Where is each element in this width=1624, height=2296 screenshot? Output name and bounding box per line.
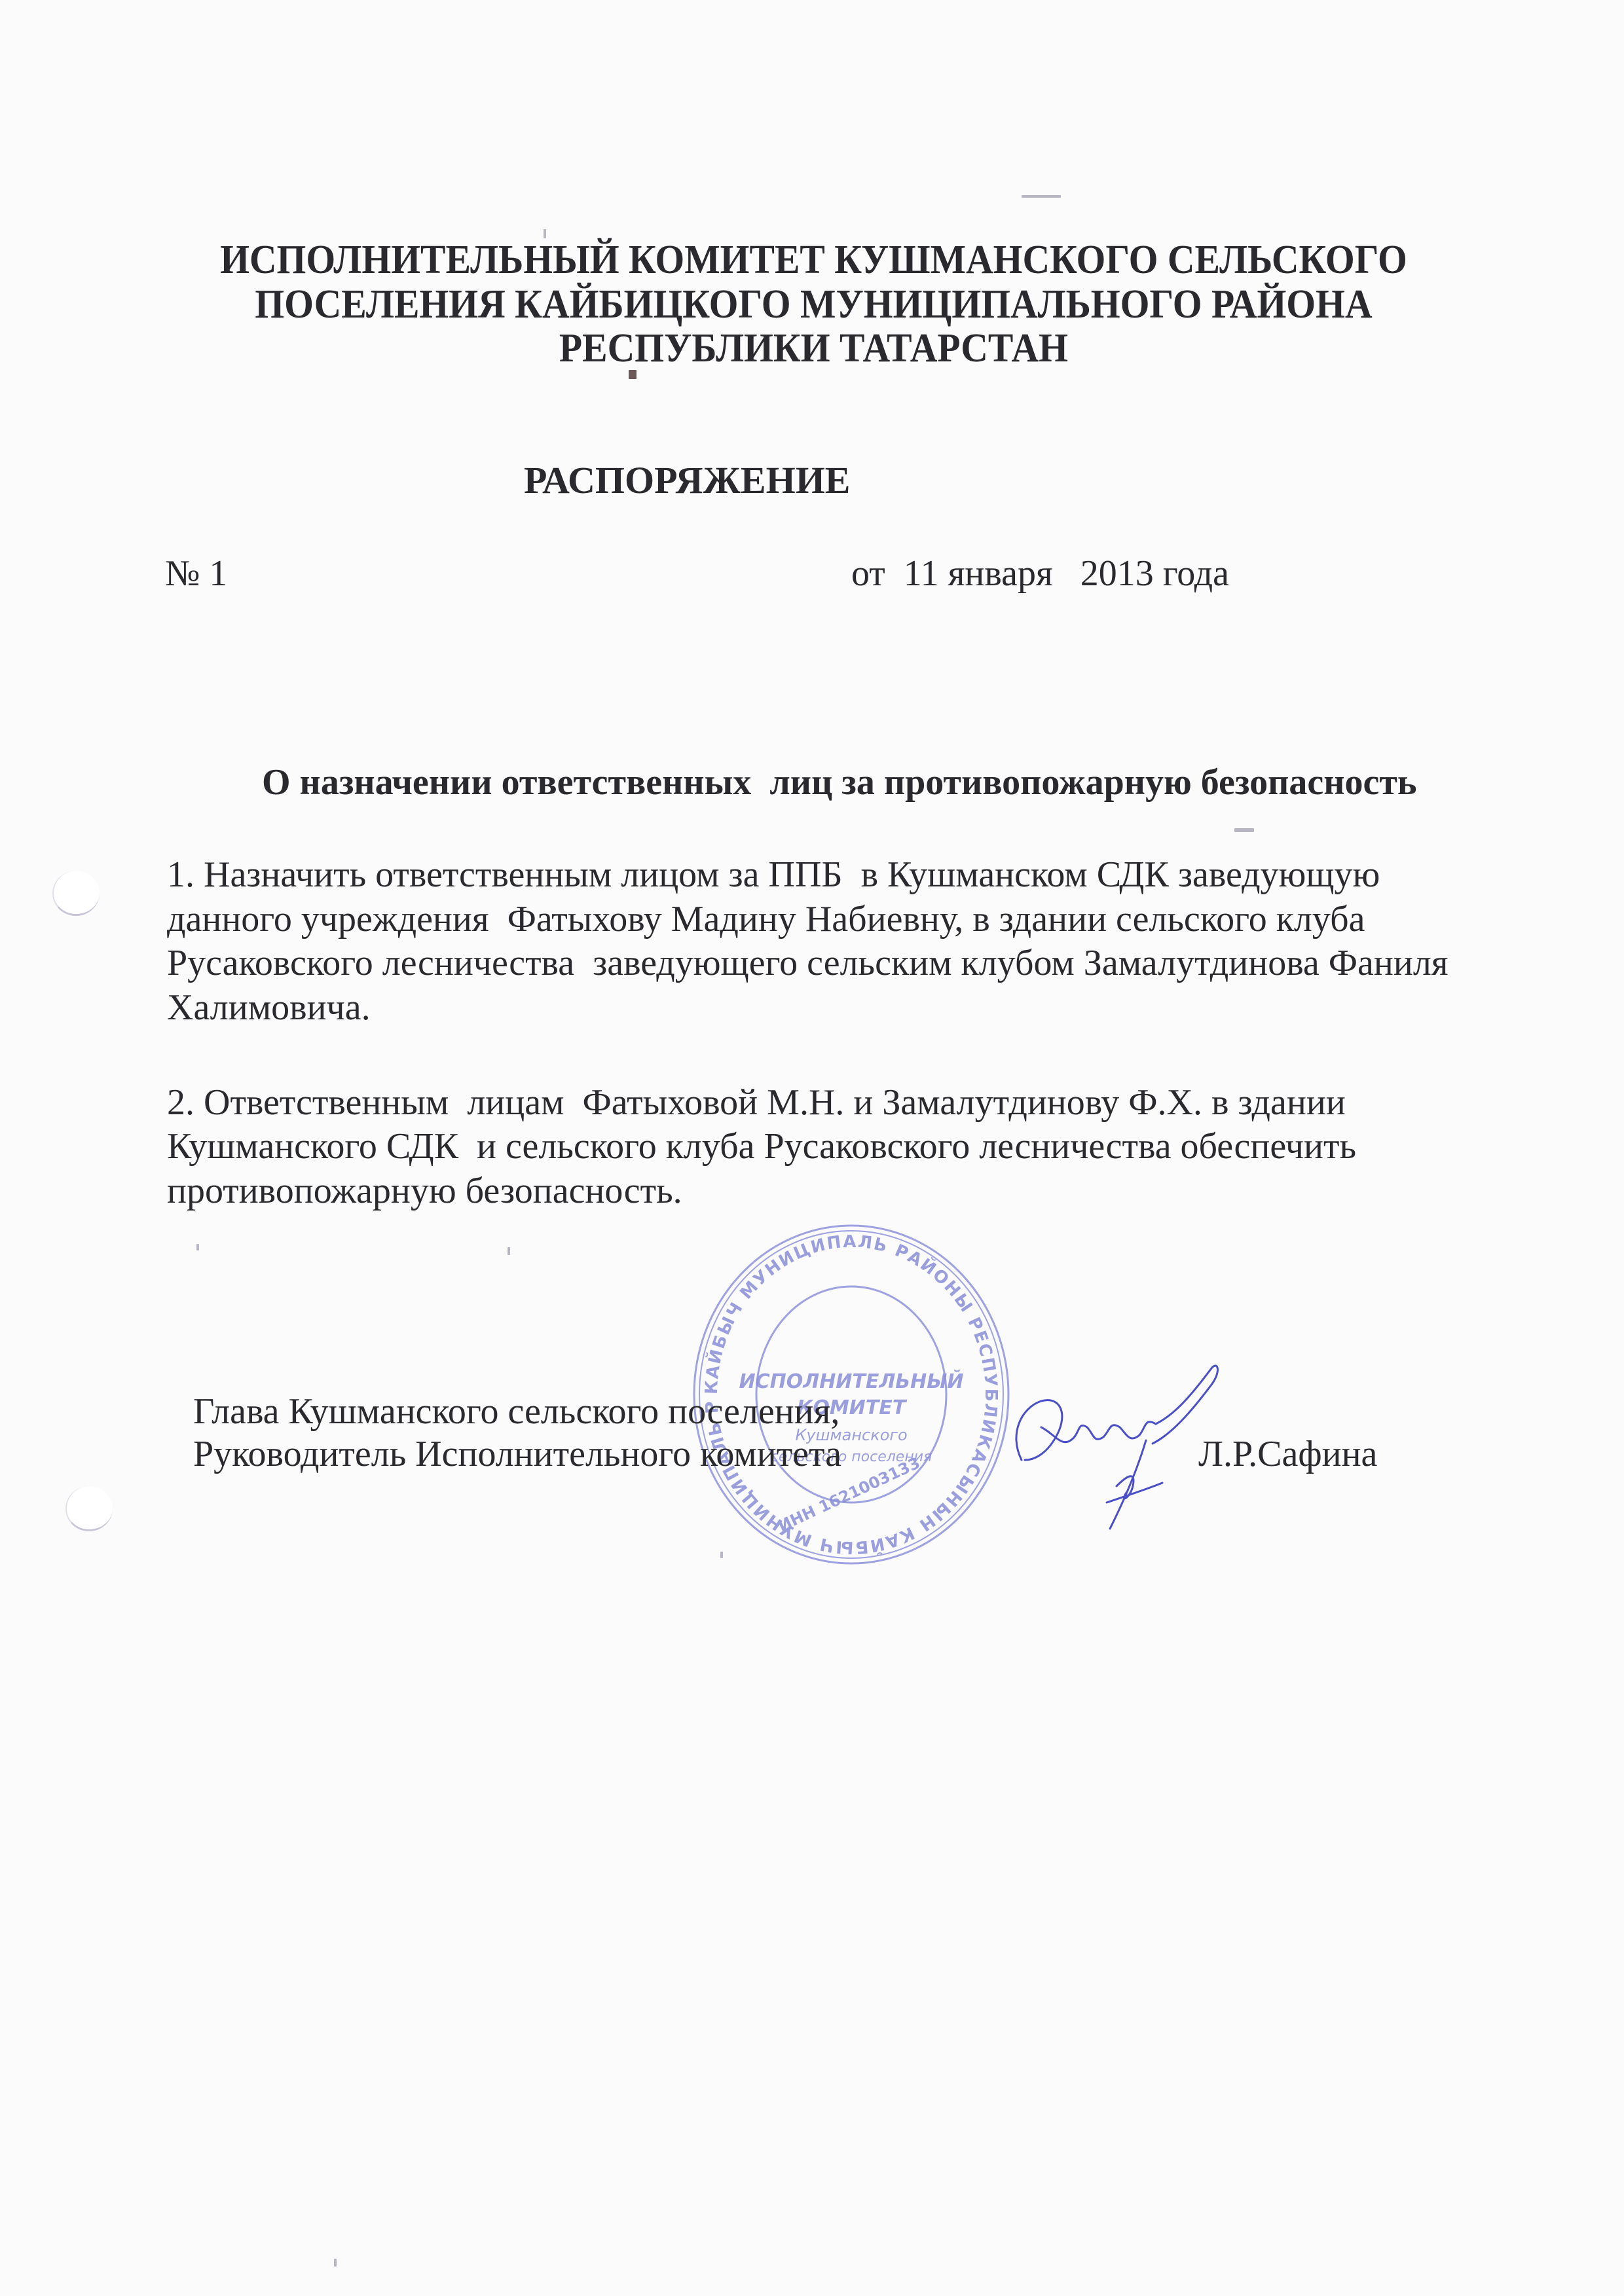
paragraph-1-line-2: данного учреждения Фатыхову Мадину Набие… <box>167 897 1365 941</box>
scan-artifact <box>196 1244 199 1250</box>
paragraph-2-line-2: Кушманского СДК и сельского клуба Русако… <box>167 1124 1356 1169</box>
scan-artifact <box>1022 195 1061 198</box>
document-subject: О назначении ответственных лиц за против… <box>262 761 1416 803</box>
paragraph-1-line-1: 1. Назначить ответственным лицом за ППБ … <box>167 852 1380 897</box>
document-type-title: РАСПОРЯЖЕНИЕ <box>524 458 851 502</box>
header-line-2: ПОСЕЛЕНИЯ КАЙБИЦКОГО МУНИЦИПАЛЬНОГО РАЙО… <box>58 282 1568 328</box>
document-number: № 1 <box>165 551 227 596</box>
scan-artifact <box>1234 828 1254 832</box>
scan-artifact <box>507 1247 510 1255</box>
punch-hole-bottom <box>65 1486 113 1531</box>
scan-artifact <box>334 2259 337 2267</box>
paragraph-2-line-1: 2. Ответственным лицам Фатыховой М.Н. и … <box>167 1080 1346 1125</box>
handwritten-signature <box>995 1362 1244 1539</box>
header-line-3: РЕСПУБЛИКИ ТАТАРСТАН <box>58 325 1568 372</box>
signatory-position-line-1: Глава Кушманского сельского поселения, <box>193 1389 840 1434</box>
document-date: от 11 января 2013 года <box>851 551 1229 596</box>
signatory-position-line-2: Руководитель Исполнительного комитета <box>193 1432 841 1476</box>
header-line-1: ИСПОЛНИТЕЛЬНЫЙ КОМИТЕТ КУШМАНСКОГО СЕЛЬС… <box>58 237 1568 283</box>
punch-hole-top <box>52 871 100 916</box>
paragraph-2-line-3: противопожарную безопасность. <box>167 1169 682 1213</box>
paragraph-1-line-3: Русаковского лесничества заведующего сел… <box>167 941 1449 985</box>
paragraph-1-line-4: Халимовича. <box>167 985 371 1030</box>
